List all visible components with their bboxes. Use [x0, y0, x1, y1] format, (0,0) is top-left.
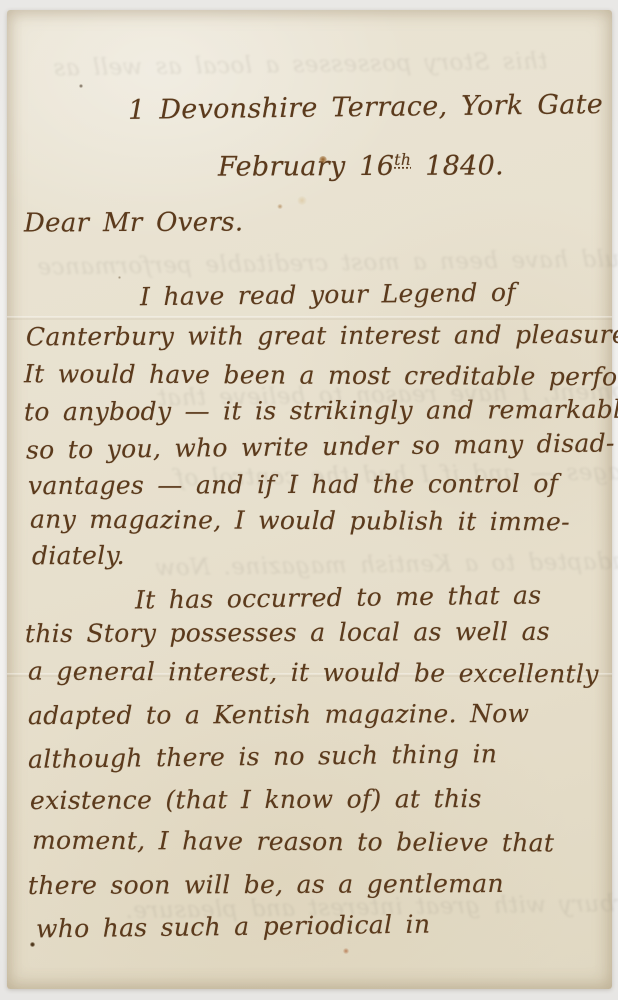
- letter-line: a general interest, it would be excellen…: [28, 657, 599, 689]
- foxing-spot: [343, 948, 349, 954]
- letter-paper: this Story possesses a local as well as …: [7, 10, 612, 989]
- date-prefix: February 16: [218, 151, 394, 183]
- ghost-bleed-through-text: adapted to a Kentish magazine. Now: [155, 549, 618, 582]
- letter-line: any magazine, I would publish it imme-: [30, 505, 570, 537]
- address-line: 1 Devonshire Terrace, York Gate: [128, 89, 603, 126]
- foxing-spot: [277, 204, 283, 209]
- paper-speck: [79, 84, 83, 88]
- letter-line: It would have been a most creditable per…: [24, 359, 618, 392]
- letter-line: Canterbury with great interest and pleas…: [26, 320, 618, 352]
- letter-photograph: this Story possesses a local as well as …: [0, 0, 618, 1000]
- date-ordinal-superscript: th: [394, 150, 411, 169]
- letter-line: diately.: [32, 541, 125, 570]
- letter-line: this Story possesses a local as well as: [25, 617, 550, 648]
- letter-line: there soon will be, as a gentleman: [28, 869, 504, 900]
- letter-line: adapted to a Kentish magazine. Now: [28, 699, 529, 730]
- letter-line: although there is no such thing in: [28, 739, 498, 774]
- date-suffix: 1840.: [411, 150, 504, 181]
- letter-line: who has such a periodical in: [36, 910, 431, 944]
- letter-line: I have read your Legend of: [140, 278, 516, 312]
- foxing-spot: [297, 196, 307, 205]
- letter-line: moment, I have reason to believe that: [32, 826, 554, 858]
- letter-line: so to you, who write under so many disad…: [26, 428, 615, 464]
- paper-speck: [118, 276, 121, 279]
- stray-ink-dot: [30, 942, 35, 947]
- date-line: February 16th 1840.: [218, 149, 504, 182]
- letter-line: It has occurred to me that as: [135, 581, 542, 615]
- letter-line: existence (that I know of) at this: [30, 784, 482, 815]
- ghost-bleed-through-text: this Story possesses a local as well as: [53, 49, 548, 82]
- ghost-bleed-through-text: It would have been a most creditable per…: [37, 245, 618, 280]
- letter-line: to anybody — it is strikingly and remark…: [24, 395, 618, 427]
- salutation: Dear Mr Overs.: [24, 208, 244, 239]
- letter-line: vantages — and if I had the control of: [28, 469, 558, 500]
